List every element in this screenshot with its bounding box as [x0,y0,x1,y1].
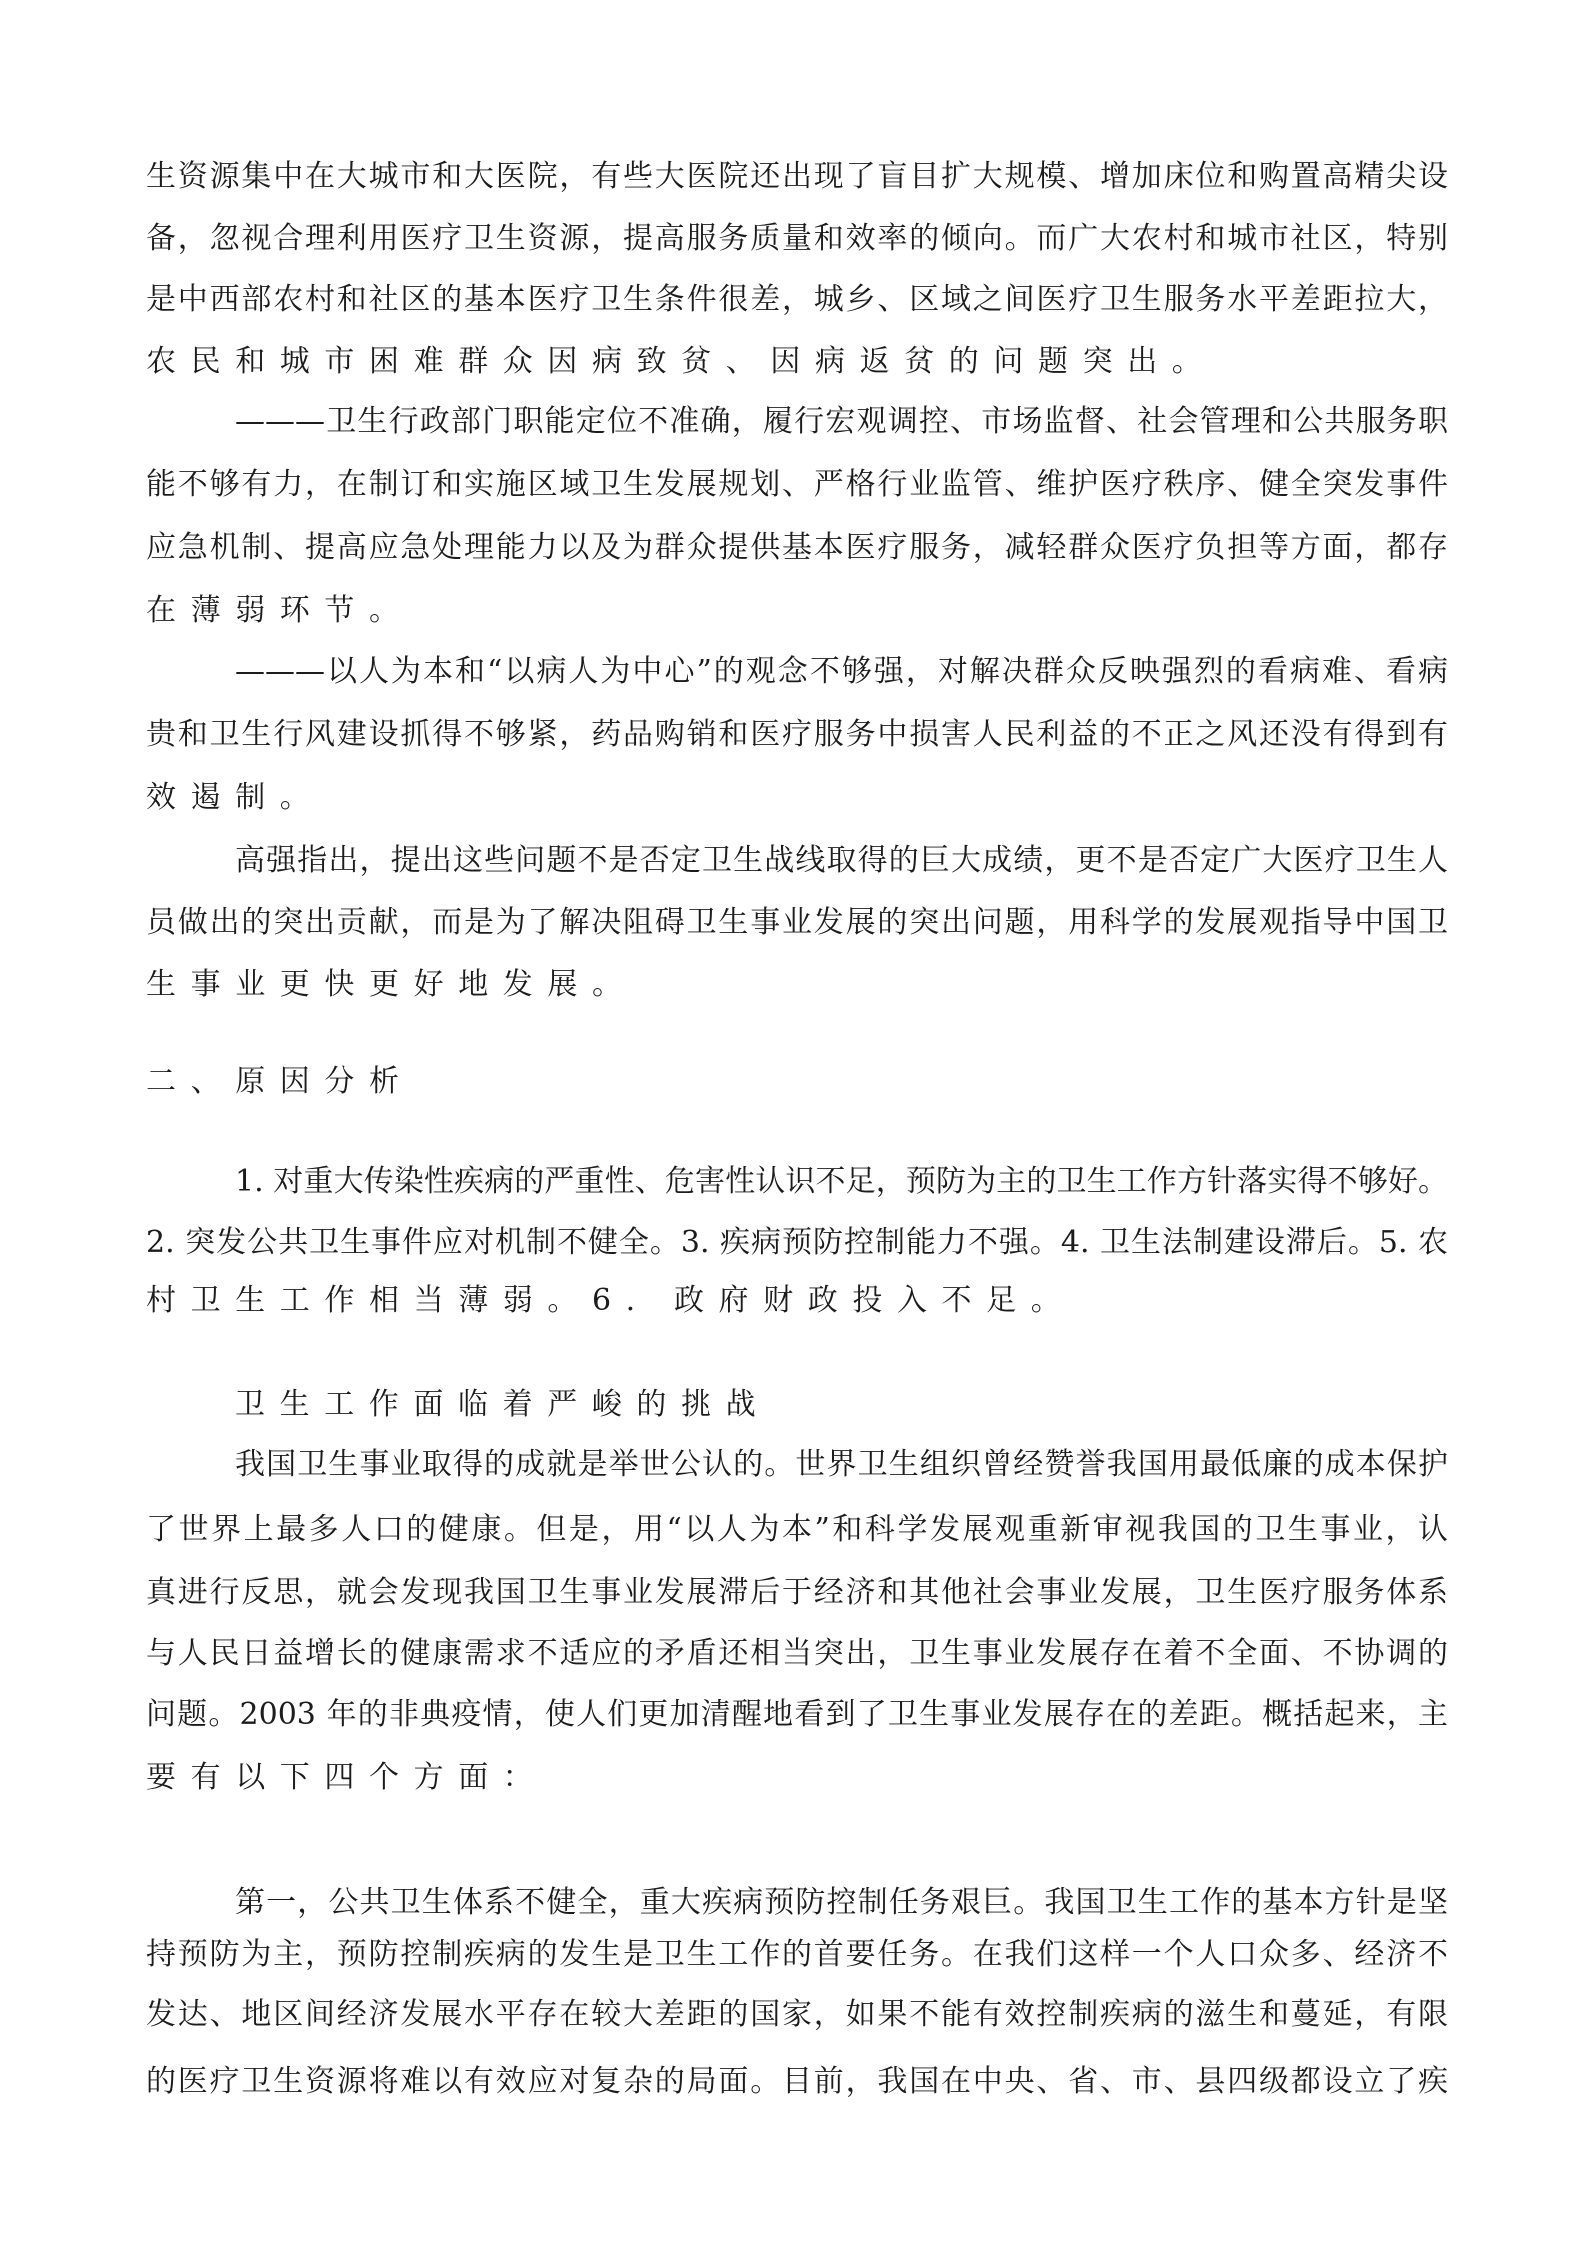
list-line: 2. 突发公共卫生事件应对机制不健全。3. 疾病预防控制能力不强。4. 卫生法制… [146,1225,1448,1261]
paragraph-line: 生事业更快更好地发展。 [146,967,1448,1003]
paragraph-line: 与人民日益增长的健康需求不适应的矛盾还相当突出，卫生事业发展存在着不全面、不协调… [146,1636,1448,1672]
paragraph-line: 生资源集中在大城市和大医院，有些大医院还出现了盲目扩大规模、增加床位和购置高精尖… [146,159,1448,195]
paragraph-line: 第一，公共卫生体系不健全，重大疾病预防控制任务艰巨。我国卫生工作的基本方针是坚 [235,1885,1448,1921]
subheading: 卫生工作面临着严峻的挑战 [235,1387,1448,1423]
paragraph-line: 真进行反思，就会发现我国卫生事业发展滞后于经济和其他社会事业发展，卫生医疗服务体… [146,1575,1448,1611]
paragraph-line: 我国卫生事业取得的成就是举世公认的。世界卫生组织曾经赞誉我国用最低廉的成本保护 [235,1447,1448,1483]
paragraph-line: 应急机制、提高应急处理能力以及为群众提供基本医疗服务，减轻群众医疗负担等方面，都… [146,530,1448,566]
list-line: 1. 对重大传染性疾病的严重性、危害性认识不足，预防为主的卫生工作方针落实得不够… [235,1164,1448,1200]
paragraph-line: 备，忽视合理利用医疗卫生资源，提高服务质量和效率的倾向。而广大农村和城市社区，特… [146,221,1448,257]
paragraph-line: 了世界上最多人口的健康。但是，用“以人为本”和科学发展观重新审视我国的卫生事业，… [146,1512,1448,1548]
list-line: 村卫生工作相当薄弱。6. 政府财政投入不足。 [146,1283,1448,1319]
paragraph-line: 农民和城市困难群众因病致贫、因病返贫的问题突出。 [146,344,1448,380]
paragraph-line: 是中西部农村和社区的基本医疗卫生条件很差，城乡、区域之间医疗卫生服务水平差距拉大… [146,282,1448,318]
paragraph-line: 要有以下四个方面： [146,1760,1448,1796]
section-heading: 二、原因分析 [146,1064,1448,1100]
paragraph-line: 的医疗卫生资源将难以有效应对复杂的局面。目前，我国在中央、省、市、县四级都设立了… [146,2064,1448,2100]
paragraph-line: 效遏制。 [146,780,1448,816]
document-page: 生资源集中在大城市和大医院，有些大医院还出现了盲目扩大规模、增加床位和购置高精尖… [0,0,1594,2252]
paragraph-line: ———卫生行政部门职能定位不准确，履行宏观调控、市场监督、社会管理和公共服务职 [235,404,1448,440]
paragraph-line: 员做出的突出贡献，而是为了解决阻碍卫生事业发展的突出问题，用科学的发展观指导中国… [146,905,1448,941]
paragraph-line: 在薄弱环节。 [146,593,1448,629]
paragraph-line: 问题。2003 年的非典疫情，使人们更加清醒地看到了卫生事业发展存在的差距。概括… [146,1697,1448,1733]
paragraph-line: 贵和卫生行风建设抓得不够紧，药品购销和医疗服务中损害人民利益的不正之风还没有得到… [146,717,1448,753]
paragraph-line: 发达、地区间经济发展水平存在较大差距的国家，如果不能有效控制疾病的滋生和蔓延，有… [146,1997,1448,2033]
paragraph-line: 持预防为主，预防控制疾病的发生是卫生工作的首要任务。在我们这样一个人口众多、经济… [146,1937,1448,1973]
paragraph-line: 能不够有力，在制订和实施区域卫生发展规划、严格行业监管、维护医疗秩序、健全突发事… [146,467,1448,503]
paragraph-line: ———以人为本和“以病人为中心”的观念不够强，对解决群众反映强烈的看病难、看病 [235,654,1448,690]
paragraph-line: 高强指出，提出这些问题不是否定卫生战线取得的巨大成绩，更不是否定广大医疗卫生人 [235,843,1448,879]
